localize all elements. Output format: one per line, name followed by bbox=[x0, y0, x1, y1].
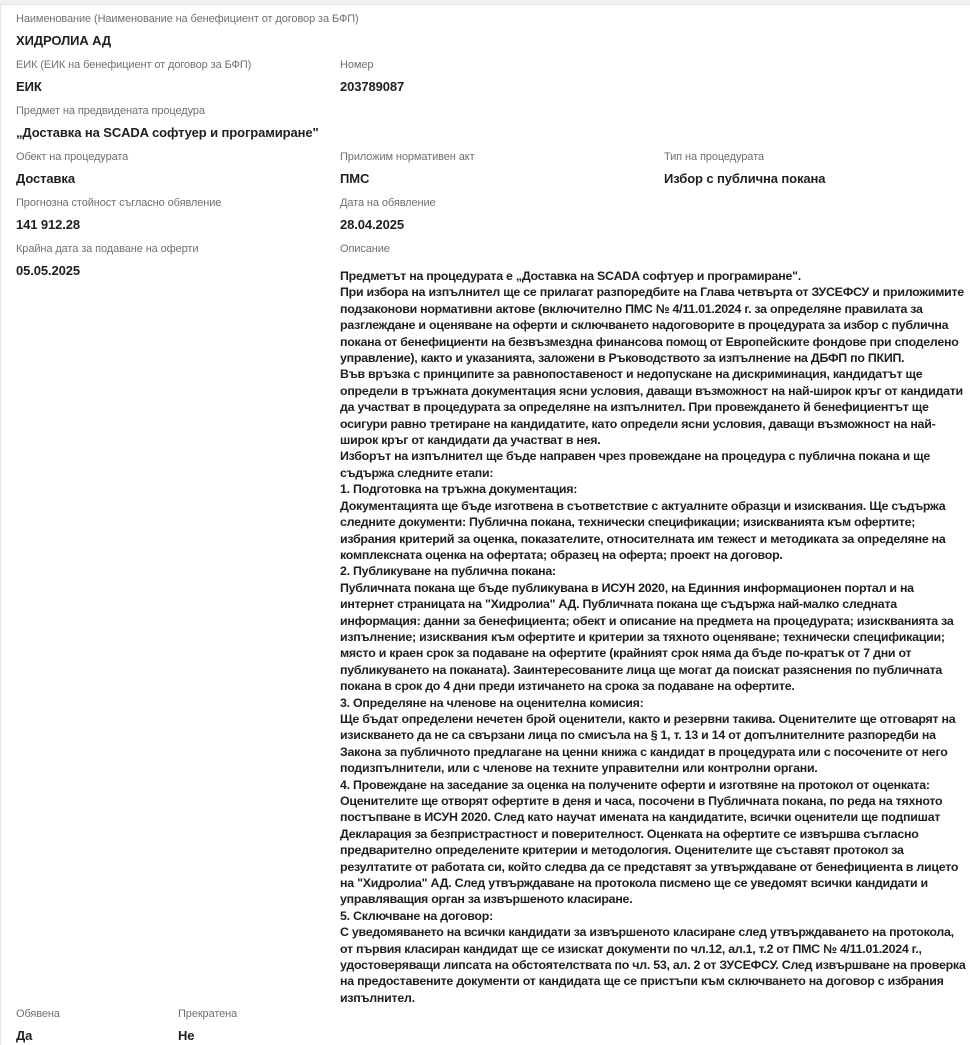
object-value: Доставка bbox=[16, 171, 128, 187]
description-heading: 1. Подготовка на тръжна документация: bbox=[340, 481, 968, 497]
announced-value: Да bbox=[16, 1028, 60, 1044]
announced-label: Обявена bbox=[16, 1007, 60, 1021]
subject-label: Предмет на предвидената процедура bbox=[16, 104, 319, 118]
estimated-value-value: 141 912.28 bbox=[16, 217, 221, 233]
deadline-label: Крайна дата за подаване на оферти bbox=[16, 242, 198, 256]
field-terminated: Прекратена Не bbox=[178, 1007, 237, 1044]
description-heading: 2. Публикуване на публична покана: bbox=[340, 563, 968, 579]
field-eik: ЕИК (ЕИК на бенефициент от договор за БФ… bbox=[16, 58, 251, 95]
description-paragraph: Изборът на изпълнител ще бъде направен ч… bbox=[340, 448, 968, 481]
description-paragraph: Във връзка с принципите за равнопоставен… bbox=[340, 366, 968, 448]
number-label: Номер bbox=[340, 58, 404, 72]
field-object: Обект на процедурата Доставка bbox=[16, 150, 128, 187]
legal-act-label: Приложим нормативен акт bbox=[340, 150, 475, 164]
terminated-value: Не bbox=[178, 1028, 237, 1044]
announcement-date-label: Дата на обявление bbox=[340, 196, 436, 210]
description-paragraph: Ще бъдат определени нечетен брой оцените… bbox=[340, 711, 968, 777]
description-heading: 5. Сключване на договор: bbox=[340, 908, 968, 924]
procedure-type-label: Тип на процедурата bbox=[664, 150, 825, 164]
description-heading: 4. Провеждане на заседание за оценка на … bbox=[340, 777, 968, 793]
field-beneficiary-name: Наименование (Наименование на бенефициен… bbox=[16, 12, 359, 49]
description-heading: 3. Определяне на членове на оценителна к… bbox=[340, 695, 968, 711]
description-paragraph: С уведомяването на всички кандидати за и… bbox=[340, 924, 968, 1006]
field-description: Описание bbox=[340, 242, 390, 256]
field-deadline: Крайна дата за подаване на оферти 05.05.… bbox=[16, 242, 198, 279]
number-value: 203789087 bbox=[340, 79, 404, 95]
terminated-label: Прекратена bbox=[178, 1007, 237, 1021]
deadline-value: 05.05.2025 bbox=[16, 263, 198, 279]
object-label: Обект на процедурата bbox=[16, 150, 128, 164]
procedure-type-value: Избор с публична покана bbox=[664, 171, 825, 187]
procedure-details-panel: Наименование (Наименование на бенефициен… bbox=[0, 5, 970, 1045]
description-paragraph: При избора на изпълнител ще се прилагат … bbox=[340, 284, 968, 366]
announcement-date-value: 28.04.2025 bbox=[340, 217, 436, 233]
field-announcement-date: Дата на обявление 28.04.2025 bbox=[340, 196, 436, 233]
description-paragraph: Предметът на процедурата е „Доставка на … bbox=[340, 268, 968, 284]
eik-label: ЕИК (ЕИК на бенефициент от договор за БФ… bbox=[16, 58, 251, 72]
description-text: Предметът на процедурата е „Доставка на … bbox=[340, 268, 968, 1006]
description-paragraph: Публичната покана ще бъде публикувана в … bbox=[340, 580, 968, 695]
estimated-value-label: Прогнозна стойност съгласно обявление bbox=[16, 196, 221, 210]
subject-value: „Доставка на SCADA софтуер и програмиран… bbox=[16, 125, 319, 141]
description-paragraph: Документацията ще бъде изготвена в съотв… bbox=[340, 498, 968, 564]
description-label: Описание bbox=[340, 242, 390, 256]
field-legal-act: Приложим нормативен акт ПМС bbox=[340, 150, 475, 187]
eik-value: ЕИК bbox=[16, 79, 251, 95]
field-estimated-value: Прогнозна стойност съгласно обявление 14… bbox=[16, 196, 221, 233]
beneficiary-name-label: Наименование (Наименование на бенефициен… bbox=[16, 12, 359, 26]
field-announced: Обявена Да bbox=[16, 1007, 60, 1044]
beneficiary-name-value: ХИДРОЛИА АД bbox=[16, 33, 359, 49]
field-number: Номер 203789087 bbox=[340, 58, 404, 95]
field-procedure-type: Тип на процедурата Избор с публична пока… bbox=[664, 150, 825, 187]
field-subject: Предмет на предвидената процедура „Доста… bbox=[16, 104, 319, 141]
legal-act-value: ПМС bbox=[340, 171, 475, 187]
description-paragraph: Оценителите ще отворят офертите в деня и… bbox=[340, 793, 968, 908]
